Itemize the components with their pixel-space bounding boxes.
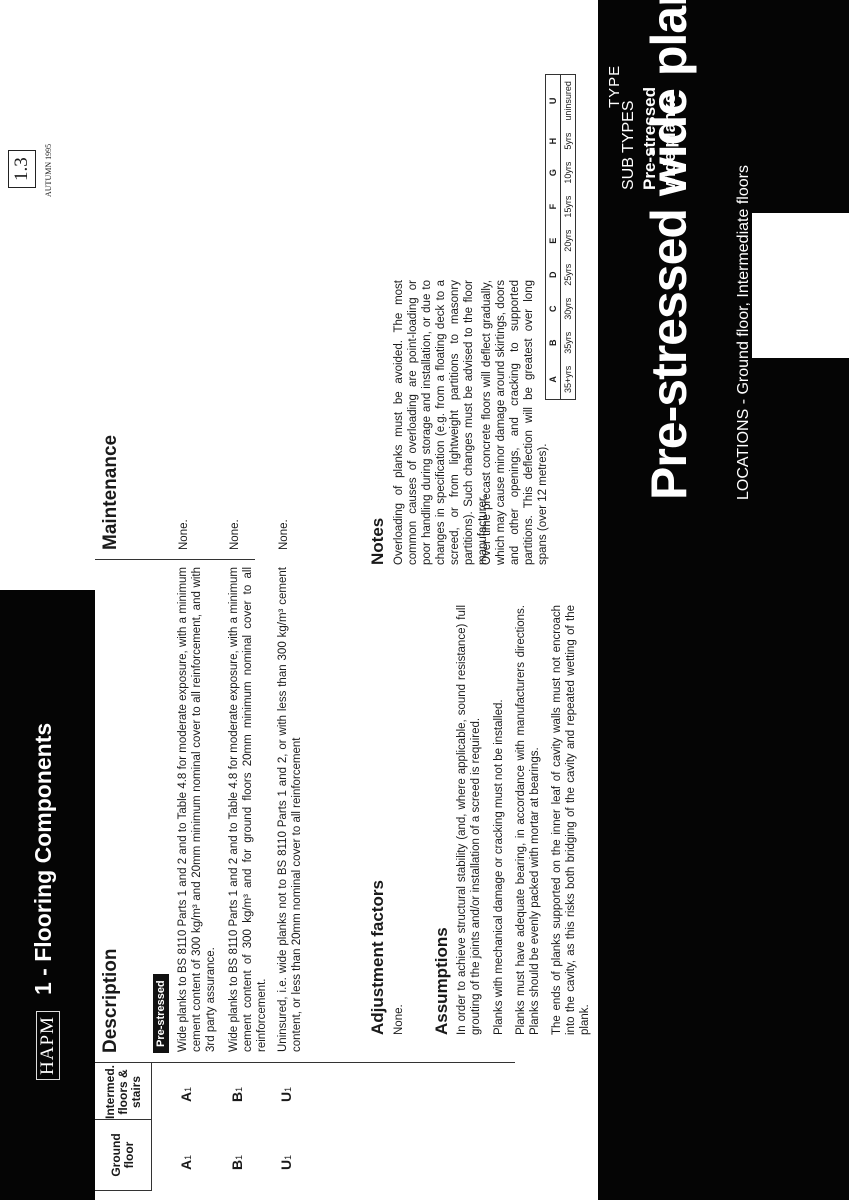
rating-subscript: 1	[183, 1087, 193, 1092]
intermediate-floor-rating: A1	[178, 1087, 194, 1102]
column-header-maintenance: Maintenance	[100, 435, 122, 550]
rating-value: 35yrs	[561, 326, 576, 360]
subtypes-value: Pre-stressed wide planks	[640, 50, 680, 190]
category-tag: Pre-stressed	[153, 974, 169, 1053]
assumption-paragraph: In order to achieve structural stability…	[455, 605, 483, 1035]
document-page: HAPM 1 - Flooring Components Ground floo…	[0, 0, 849, 1200]
locations-label: LOCATIONS - Ground floor, Intermediate f…	[735, 165, 753, 500]
rating-letter: U	[278, 1160, 294, 1170]
rating-letters-row: A B C D E F G H U	[546, 75, 561, 400]
ground-floor-rating: U1	[278, 1155, 294, 1170]
column-divider	[95, 559, 255, 560]
rating-letter: B	[229, 1160, 245, 1170]
edition-label: AUTUMN 1995	[44, 144, 53, 197]
rating-value: 10yrs	[561, 156, 576, 190]
rating-subscript: 1	[283, 1087, 293, 1092]
rating-value: 30yrs	[561, 292, 576, 326]
row-description: Wide planks to BS 8110 Parts 1 and 2 and…	[176, 567, 218, 1052]
hapm-logo: HAPM	[36, 1011, 60, 1080]
rating-letter: C	[546, 292, 561, 326]
rating-letter: G	[546, 156, 561, 190]
rating-value: uninsured	[561, 75, 576, 127]
section-title: 1 - Flooring Components	[30, 723, 57, 995]
rating-letter: H	[546, 127, 561, 156]
rating-letter: A	[178, 1092, 194, 1102]
assumptions-heading: Assumptions	[432, 927, 452, 1035]
column-header-ground-floor: Ground floor	[95, 1119, 152, 1191]
rating-subscript: 1	[283, 1155, 293, 1160]
row-description: Wide planks to BS 8110 Parts 1 and 2 and…	[227, 567, 269, 1052]
rating-scale-table: A B C D E F G H U 35+yrs 35yrs 30yrs 25y…	[545, 74, 576, 400]
rating-letter: E	[546, 224, 561, 258]
rating-value: 5yrs	[561, 127, 576, 156]
rating-values-row: 35+yrs 35yrs 30yrs 25yrs 20yrs 15yrs 10y…	[561, 75, 576, 400]
location-tab	[752, 213, 849, 358]
adjustment-heading: Adjustment factors	[368, 880, 388, 1035]
notes-paragraph: Over time precast concrete floors will d…	[480, 280, 550, 565]
subtypes-label: SUB TYPES	[620, 100, 638, 190]
notes-heading: Notes	[368, 518, 388, 565]
page-number: 1.3	[8, 150, 36, 188]
row-description: Uninsured, i.e. wide planks not to BS 81…	[276, 567, 304, 1052]
rating-letter: A	[546, 360, 561, 400]
adjustment-text: None.	[392, 1004, 406, 1035]
rating-letter: A	[178, 1160, 194, 1170]
rating-letter: U	[546, 75, 561, 127]
rating-subscript: 1	[183, 1155, 193, 1160]
column-header-description: Description	[100, 948, 122, 1053]
rating-value: 35+yrs	[561, 360, 576, 400]
ground-floor-rating: B1	[229, 1155, 245, 1170]
rating-value: 15yrs	[561, 190, 576, 224]
assumption-paragraph: The ends of planks supported on the inne…	[550, 605, 592, 1035]
row-maintenance: None.	[178, 519, 190, 550]
notes-paragraph: Overloading of planks must be avoided. T…	[392, 280, 490, 565]
rating-subscript: 1	[234, 1155, 244, 1160]
row-maintenance: None.	[229, 519, 241, 550]
rating-letter: U	[278, 1092, 294, 1102]
intermediate-floor-rating: U1	[278, 1087, 294, 1102]
rating-value: 20yrs	[561, 224, 576, 258]
rating-subscript: 1	[234, 1087, 244, 1092]
assumption-paragraph: Planks with mechanical damage or crackin…	[492, 605, 506, 1035]
rating-value: 25yrs	[561, 258, 576, 292]
rating-letter: D	[546, 258, 561, 292]
intermediate-floor-rating: B1	[229, 1087, 245, 1102]
rating-letter: B	[229, 1092, 245, 1102]
rating-letter: F	[546, 190, 561, 224]
column-divider	[95, 1062, 515, 1063]
assumption-paragraph: Planks must have adequate bearing, in ac…	[514, 605, 542, 1035]
ground-floor-rating: A1	[178, 1155, 194, 1170]
rating-letter: B	[546, 326, 561, 360]
row-maintenance: None.	[278, 519, 290, 550]
column-header-intermediate-floors: Intermed. floors & stairs	[95, 1062, 152, 1121]
